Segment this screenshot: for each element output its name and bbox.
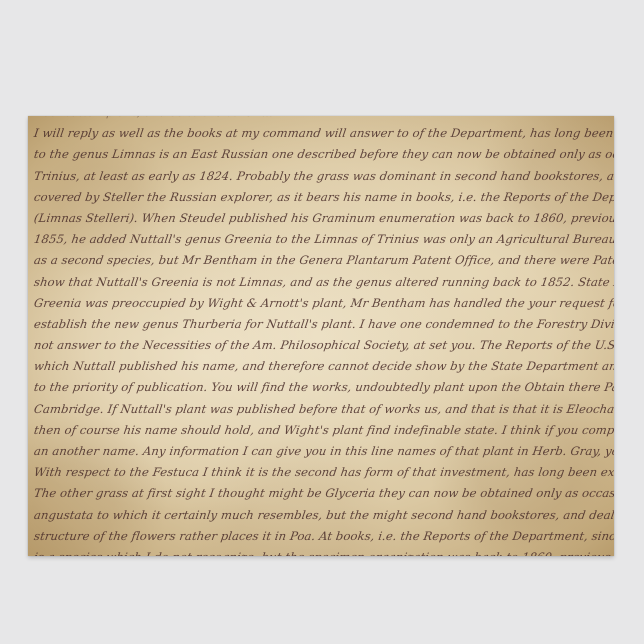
handwritten-line: (Limnas Stelleri). When Steudel publishe… (33, 208, 614, 229)
handwritten-line: angustata to which it certainly much res… (33, 505, 614, 526)
handwritten-line: Trinius, at least as early as 1824. Prob… (33, 166, 614, 187)
handwritten-line: 1855, he added Nuttall's genus Greenia t… (33, 229, 614, 250)
handwritten-line: covered by Steller the Russian explorer,… (33, 187, 614, 208)
handwritten-line: which Nuttall published his name, and th… (33, 356, 614, 377)
handwritten-line: With respect to the Festuca I think it i… (33, 462, 614, 483)
handwritten-line: an another name. Any information I can g… (33, 441, 614, 462)
handwritten-line: not answer to the Necessities of the Am.… (33, 335, 614, 356)
handwritten-line: then of course his name should hold, and… (33, 420, 614, 441)
page-background: was Nuttall plant, and as to the other .… (0, 0, 644, 644)
handwritten-line: Greenia was preoccupied by Wight & Arnot… (33, 293, 614, 314)
handwritten-line: to the genus Limnas is an East Russian o… (33, 144, 614, 165)
handwritten-line: establish the new genus Thurberia for Nu… (33, 314, 614, 335)
aged-letter-paper: was Nuttall plant, and as to the other .… (28, 116, 614, 556)
handwritten-line: I will reply as well as the books at my … (33, 123, 614, 144)
handwritten-line: show that Nuttall's Greenia is not Limna… (33, 272, 614, 293)
handwritten-line: is a species which I do not recognize, b… (33, 547, 614, 556)
handwritten-line: structure of the flowers rather places i… (33, 526, 614, 547)
handwritten-line: to the priority of publication. You will… (33, 377, 614, 398)
handwritten-line: as a second species, but Mr Bentham in t… (33, 250, 614, 271)
handwritten-line: Cambridge. If Nuttall's plant was publis… (33, 399, 614, 420)
handwritten-line: The other grass at first sight I thought… (33, 483, 614, 504)
handwritten-text-block: was Nuttall plant, and as to the other .… (28, 116, 614, 556)
